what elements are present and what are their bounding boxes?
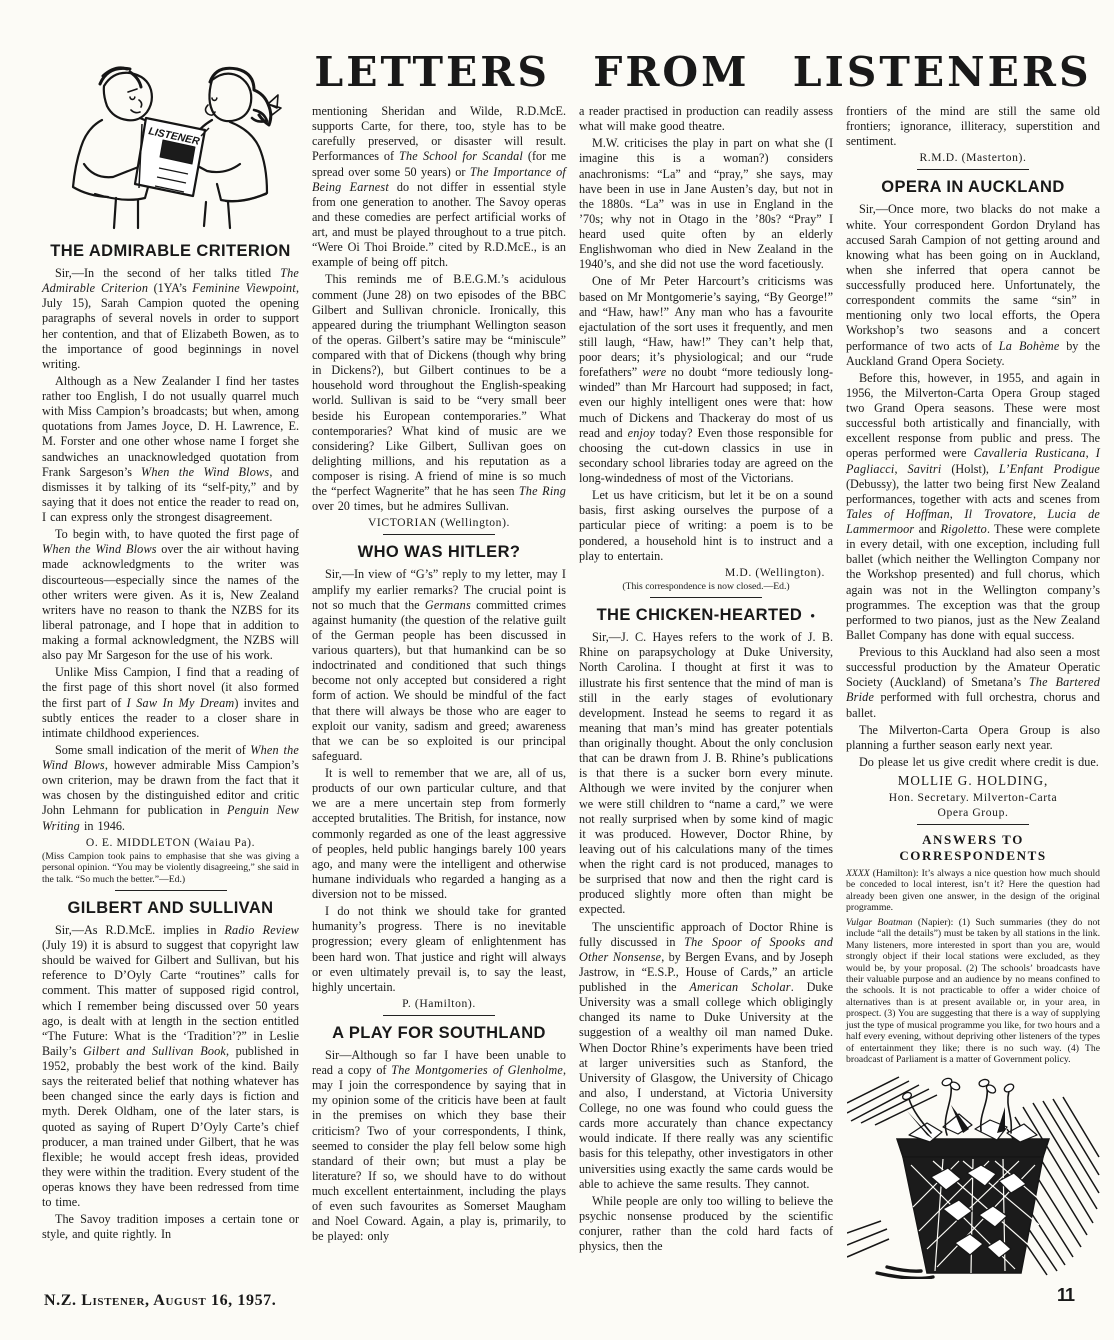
section-heading: GILBERT AND SULLIVAN bbox=[42, 899, 299, 918]
section-heading: THE ADMIRABLE CRITERION bbox=[42, 242, 299, 261]
column-2-letters: mentioning Sheridan and Wilde, R.D.McE. … bbox=[312, 104, 566, 1245]
letter-paragraph: One of Mr Peter Harcourt’s criticisms wa… bbox=[579, 274, 833, 486]
letter-paragraph: The unscientific approach of Doctor Rhin… bbox=[579, 920, 833, 1192]
letter-paragraph: M.W. criticises the play in part on what… bbox=[579, 136, 833, 272]
letter-signature: Hon. Secretary. Milverton-Carta bbox=[846, 791, 1100, 804]
letter-paragraph: mentioning Sheridan and Wilde, R.D.McE. … bbox=[312, 104, 566, 270]
letter-paragraph: Although as a New Zealander I find her t… bbox=[42, 374, 299, 525]
letter-paragraph: Unlike Miss Campion, I find that a readi… bbox=[42, 665, 299, 741]
letter-signature: VICTORIAN (Wellington). bbox=[312, 516, 566, 529]
magazine-page: LETTERS FROM LISTENERS bbox=[0, 0, 1114, 1340]
letter-paragraph: Sir,—In the second of her talks titled T… bbox=[42, 266, 299, 372]
section-divider bbox=[917, 824, 1029, 825]
letter-paragraph: a reader practised in production can rea… bbox=[579, 104, 833, 134]
letter-signature: P. (Hamilton). bbox=[312, 997, 566, 1010]
editor-note: (This correspondence is now closed.—Ed.) bbox=[579, 581, 833, 592]
letter-paragraph: Some small indication of the merit of Wh… bbox=[42, 743, 299, 834]
heading-ornament: ● bbox=[810, 611, 815, 620]
letter-signature: R.M.D. (Masterton). bbox=[846, 151, 1100, 164]
letter-paragraph: Before this, however, in 1955, and again… bbox=[846, 371, 1100, 643]
letter-paragraph: It is well to remember that we are, all … bbox=[312, 766, 566, 902]
letter-paragraph: While people are only too willing to bel… bbox=[579, 1194, 833, 1255]
editor-note: XXXX (Hamilton): It’s always a nice ques… bbox=[846, 868, 1100, 914]
letter-signature: MOLLIE G. HOLDING, bbox=[846, 773, 1100, 789]
letter-paragraph: Sir—Although so far I have been unable t… bbox=[312, 1048, 566, 1245]
text-column-4: frontiers of the mind are still the same… bbox=[846, 104, 1100, 1279]
letter-signature: Opera Group. bbox=[846, 806, 1100, 819]
letter-signature: O. E. MIDDLETON (Waiau Pa). bbox=[42, 836, 299, 849]
letter-paragraph: The Savoy tradition imposes a certain to… bbox=[42, 1212, 299, 1242]
section-heading: THE CHICKEN-HEARTED● bbox=[579, 606, 833, 625]
text-column-3: a reader practised in production can rea… bbox=[579, 104, 833, 1256]
section-divider bbox=[115, 890, 227, 891]
editor-note: Vulgar Boatman (Napier): (1) Such summar… bbox=[846, 917, 1100, 1066]
letter-paragraph: Previous to this Auckland had also seen … bbox=[846, 645, 1100, 721]
letter-paragraph: To begin with, to have quoted the first … bbox=[42, 527, 299, 663]
section-heading: OPERA IN AUCKLAND bbox=[846, 178, 1100, 197]
column-1-letters: THE ADMIRABLE CRITERIONSir,—In the secon… bbox=[42, 242, 299, 1243]
letter-signature: M.D. (Wellington). bbox=[579, 566, 833, 579]
letter-paragraph: This reminds me of B.E.G.M.’s acidulous … bbox=[312, 272, 566, 514]
page-title: LETTERS FROM LISTENERS bbox=[306, 48, 1100, 96]
children-arguing-illustration: LISTENER bbox=[42, 42, 299, 234]
letter-paragraph: Sir,—In view of “G’s” reply to my letter… bbox=[312, 567, 566, 764]
letter-paragraph: The Milverton-Carta Opera Group is also … bbox=[846, 723, 1100, 753]
letter-paragraph: frontiers of the mind are still the same… bbox=[846, 104, 1100, 149]
column-3-letters: a reader practised in production can rea… bbox=[579, 104, 833, 1254]
section-divider bbox=[650, 597, 762, 598]
column-4-letters: frontiers of the mind are still the same… bbox=[846, 104, 1100, 1065]
letter-paragraph: Sir,—As R.D.McE. implies in Radio Review… bbox=[42, 923, 299, 1210]
section-divider bbox=[383, 1015, 495, 1016]
page-number: 11 bbox=[1057, 1285, 1074, 1306]
section-divider bbox=[383, 534, 495, 535]
wastebasket-flowers-illustration bbox=[847, 1073, 1100, 1279]
section-heading: WHO WAS HITLER? bbox=[312, 543, 566, 562]
text-column-2: mentioning Sheridan and Wilde, R.D.McE. … bbox=[312, 104, 566, 1247]
issue-footer: N.Z. Listener, August 16, 1957. bbox=[44, 1292, 276, 1310]
subsection-heading: ANSWERS TO CORRESPONDENTS bbox=[846, 832, 1100, 864]
letter-paragraph: I do not think we should take for grante… bbox=[312, 904, 566, 995]
text-column-1: LISTENER THE ADMIRABLE CRITERIONSir,—In … bbox=[42, 42, 299, 1245]
letter-paragraph: Let us have criticism, but let it be on … bbox=[579, 488, 833, 564]
section-heading: A PLAY FOR SOUTHLAND bbox=[312, 1024, 566, 1043]
letter-paragraph: Sir,—J. C. Hayes refers to the work of J… bbox=[579, 630, 833, 917]
letter-paragraph: Do please let us give credit where credi… bbox=[846, 755, 1100, 770]
editor-note: (Miss Campion took pains to emphasise th… bbox=[42, 851, 299, 885]
letter-paragraph: Sir,—Once more, two blacks do not make a… bbox=[846, 202, 1100, 368]
section-divider bbox=[917, 169, 1029, 170]
